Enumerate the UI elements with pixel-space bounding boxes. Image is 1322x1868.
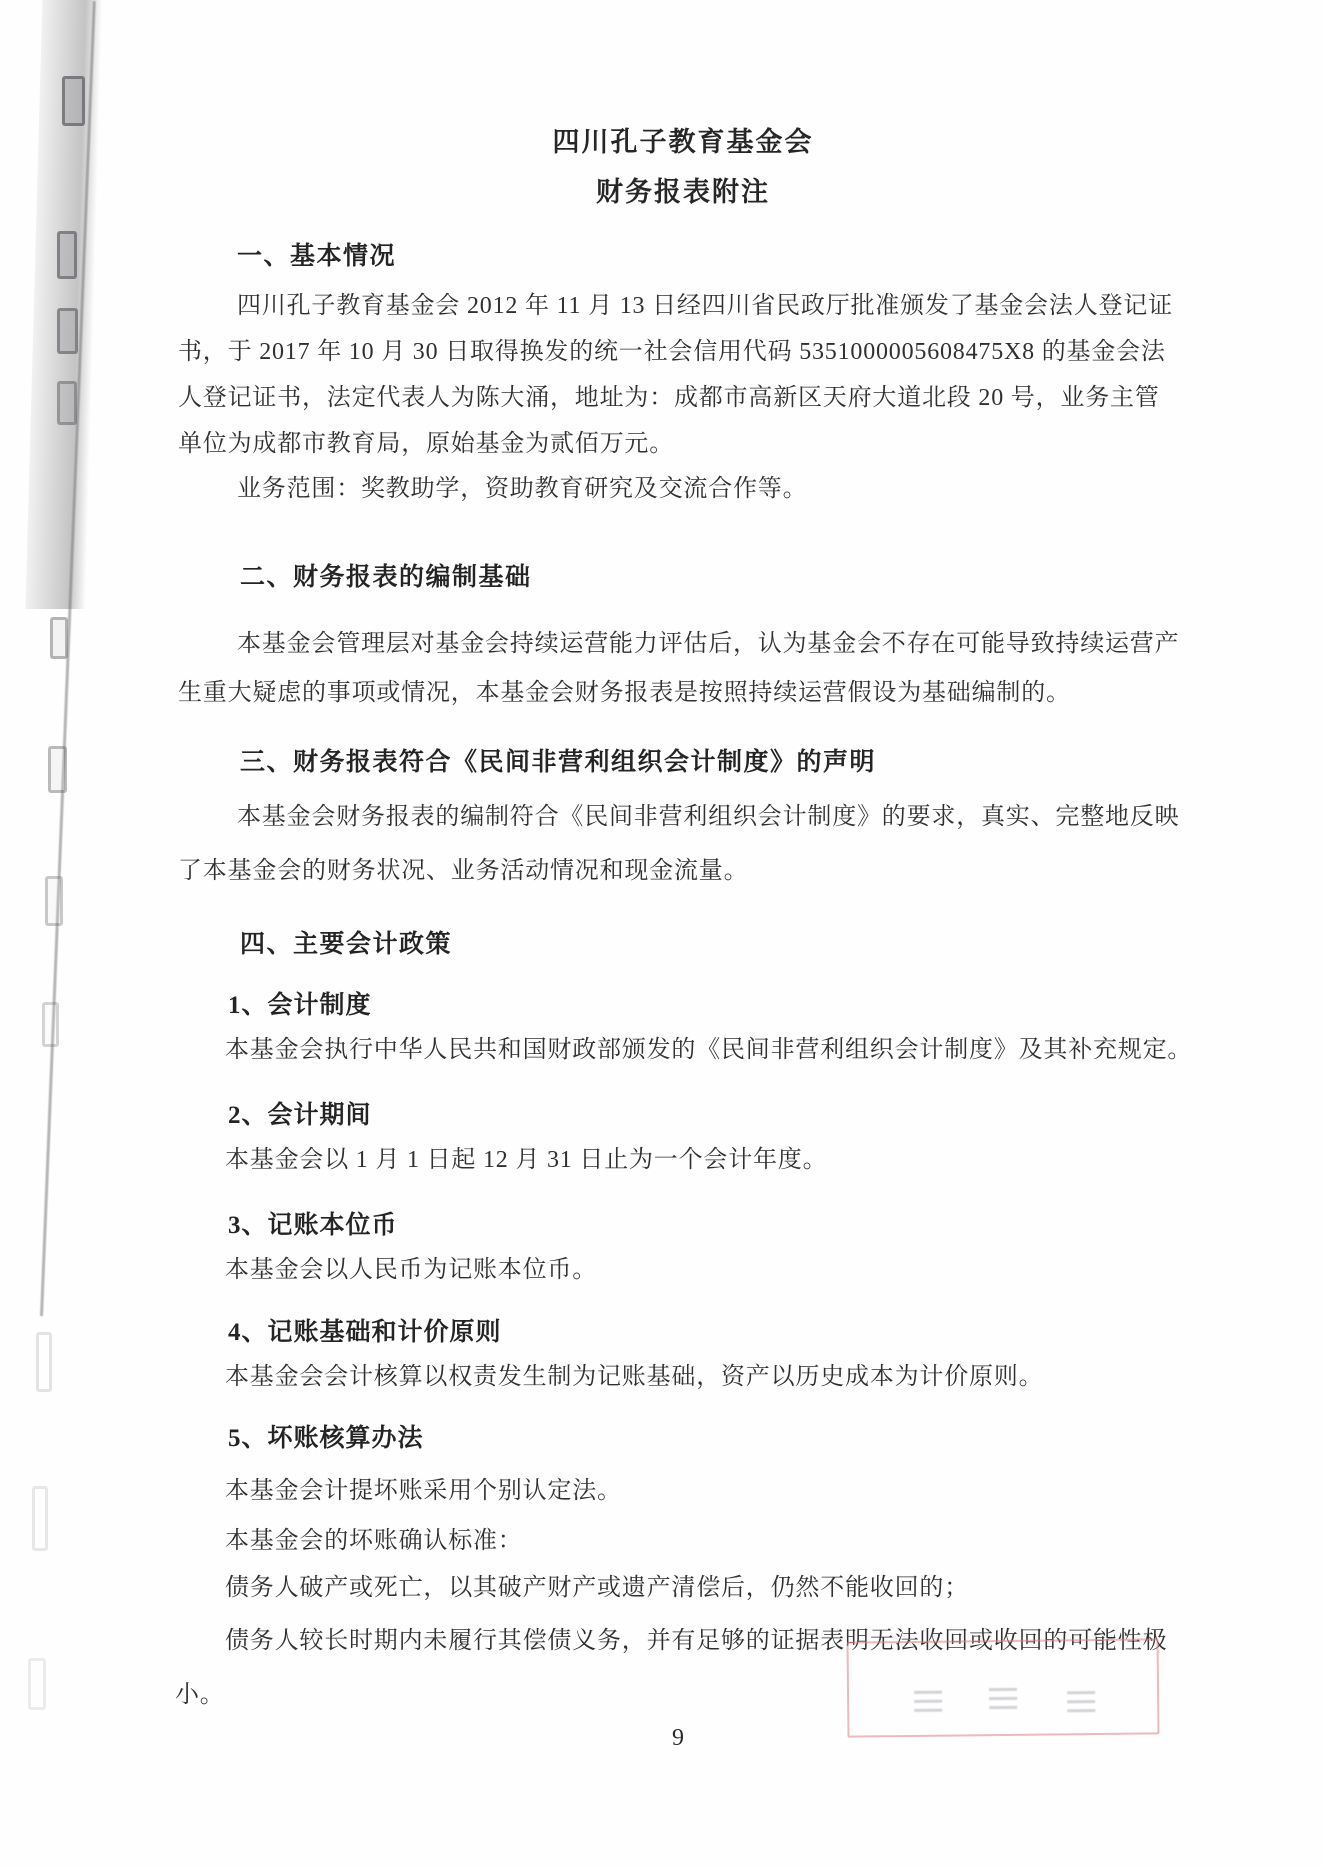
- section-3-heading: 三、财务报表符合《民间非营利组织会计制度》的声明: [240, 748, 876, 778]
- subsection-1-heading: 1、会计制度: [228, 991, 372, 1021]
- paragraph-line: 四川孔子教育基金会 2012 年 11 月 13 日经四川省民政厅批准颁发了基金…: [237, 292, 1173, 321]
- paragraph-line: 书，于 2017 年 10 月 30 日取得换发的统一社会信用代码 535100…: [178, 338, 1166, 367]
- binding-mark: [32, 1486, 48, 1551]
- paragraph-line: 生重大疑虑的事项或情况，本基金会财务报表是按照持续运营假设为基础编制的。: [178, 679, 1071, 708]
- paragraph-line: 债务人破产或死亡，以其破产财产或遗产清偿后，仍然不能收回的；: [225, 1574, 969, 1603]
- binding-mark: [42, 1002, 59, 1047]
- paragraph-line: 本基金会的坏账确认标准：: [225, 1527, 523, 1556]
- document-subtitle: 财务报表附注: [0, 176, 1322, 208]
- paragraph-line: 本基金会以 1 月 1 日起 12 月 31 日止为一个会计年度。: [225, 1146, 827, 1175]
- binding-mark: [36, 1332, 52, 1392]
- section-4-heading: 四、主要会计政策: [240, 930, 452, 960]
- page-number: 9: [672, 1724, 684, 1753]
- paragraph-line: 小。: [175, 1681, 225, 1710]
- paragraph-line: 本基金会财务报表的编制符合《民间非营利组织会计制度》的要求，真实、完整地反映: [237, 803, 1179, 832]
- paragraph-line: 本基金会执行中华人民共和国财政部颁发的《民间非营利组织会计制度》及其补充规定。: [225, 1036, 1192, 1065]
- subsection-5-heading: 5、坏账核算办法: [228, 1424, 424, 1454]
- binding-mark: [48, 746, 67, 793]
- binding-mark: [62, 76, 85, 126]
- subsection-2-heading: 2、会计期间: [228, 1101, 372, 1131]
- binding-mark: [28, 1658, 46, 1710]
- red-stamp: [847, 1638, 1160, 1737]
- stamp-glyph: [914, 1691, 942, 1715]
- binding-mark: [57, 231, 77, 279]
- binding-mark: [57, 308, 78, 354]
- binding-mark: [57, 381, 77, 425]
- paragraph-line: 本基金会计提坏账采用个别认定法。: [225, 1477, 622, 1506]
- paragraph-line: 人登记证书，法定代表人为陈大涌，地址为：成都市高新区天府大道北段 20 号，业务…: [178, 384, 1160, 413]
- scanned-document-page: 四川孔子教育基金会 财务报表附注 一、基本情况 四川孔子教育基金会 2012 年…: [0, 0, 1322, 1868]
- paragraph-line: 了本基金会的财务状况、业务活动情况和现金流量。: [178, 857, 748, 886]
- paragraph-line: 本基金会管理层对基金会持续运营能力评估后，认为基金会不存在可能导致持续运营产: [237, 630, 1179, 659]
- binding-mark: [45, 876, 63, 926]
- paragraph-line: 单位为成都市教育局，原始基金为贰佰万元。: [178, 430, 674, 459]
- section-2-heading: 二、财务报表的编制基础: [240, 563, 532, 593]
- paragraph-line: 本基金会会计核算以权责发生制为记账基础，资产以历史成本为计价原则。: [225, 1363, 1043, 1392]
- stamp-glyph: [989, 1688, 1017, 1712]
- subsection-4-heading: 4、记账基础和计价原则: [228, 1318, 502, 1348]
- paragraph-line: 业务范围：奖教助学，资助教育研究及交流合作等。: [237, 475, 807, 504]
- document-title: 四川孔子教育基金会: [0, 126, 1322, 158]
- binding-mark: [50, 617, 68, 659]
- section-1-heading: 一、基本情况: [237, 242, 396, 272]
- subsection-3-heading: 3、记账本位币: [228, 1211, 398, 1241]
- paragraph-line: 本基金会以人民币为记账本位币。: [225, 1256, 597, 1285]
- stamp-glyph: [1067, 1691, 1095, 1715]
